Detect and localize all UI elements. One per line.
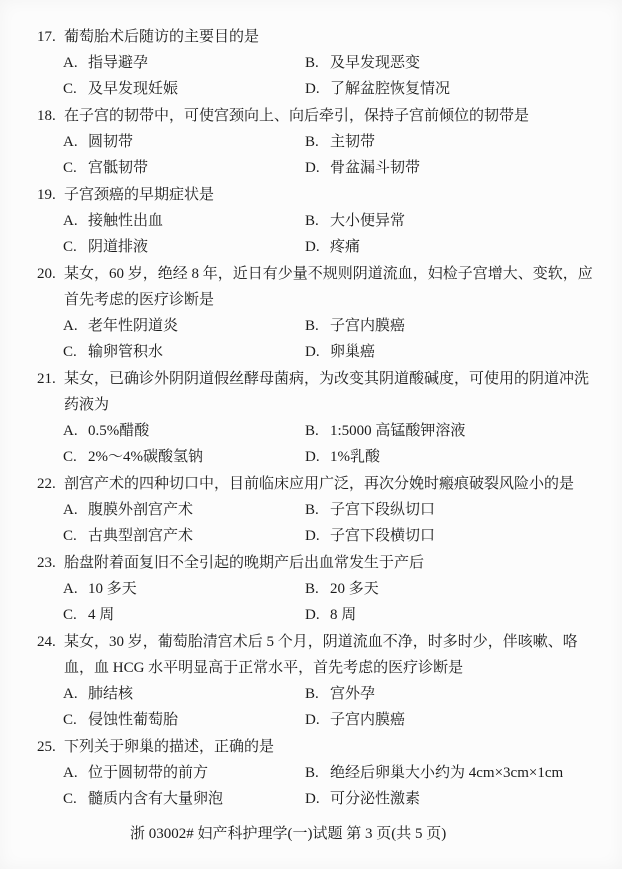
question-number: 19. <box>37 182 64 208</box>
option-text: 子宫下段横切口 <box>330 523 435 549</box>
option-text: 老年性阴道炎 <box>88 313 178 339</box>
option-label: B. <box>305 50 330 76</box>
option: B. 1:5000 高锰酸钾溶液 <box>305 418 595 444</box>
option-text: 腹膜外剖宫产术 <box>88 497 193 523</box>
option: A. 位于圆韧带的前方 <box>63 760 305 786</box>
option-text: 圆韧带 <box>88 129 133 155</box>
option-label: B. <box>305 418 330 444</box>
option-label: A. <box>63 418 88 444</box>
question-text: 子宫颈癌的早期症状是 <box>64 182 595 208</box>
option-label: B. <box>305 760 330 786</box>
options-grid: A. 10 多天 B. 20 多天 C. 4 周 D. 8 周 <box>63 576 595 628</box>
question-text: 胎盘附着面复旧不全引起的晚期产后出血常发生于产后 <box>64 550 595 576</box>
option-text: 主韧带 <box>330 129 375 155</box>
question: 18. 在子宫的韧带中，可使宫颈向上、向后牵引，保持子宫前倾位的韧带是 A. 圆… <box>37 103 595 181</box>
option-label: B. <box>305 576 330 602</box>
option-label: D. <box>305 155 330 181</box>
option-label: D. <box>305 76 330 102</box>
options-grid: A. 腹膜外剖宫产术 B. 子宫下段纵切口 C. 古典型剖宫产术 D. 子宫下段… <box>63 497 595 549</box>
exam-page: 17. 葡萄胎术后随访的主要目的是 A. 指导避孕 B. 及早发现恶变 C. 及… <box>0 0 622 869</box>
question-number: 17. <box>37 24 64 50</box>
question-number: 25. <box>37 734 64 760</box>
option-label: D. <box>305 444 330 470</box>
question: 22. 剖宫产术的四种切口中，目前临床应用广泛，再次分娩时瘢痕破裂风险小的是 A… <box>37 471 595 549</box>
option-label: A. <box>63 681 88 707</box>
option-text: 子宫内膜癌 <box>330 707 405 733</box>
option-label: D. <box>305 602 330 628</box>
option: A. 指导避孕 <box>63 50 305 76</box>
option-text: 骨盆漏斗韧带 <box>330 155 420 181</box>
option: C. 宫骶韧带 <box>63 155 305 181</box>
question: 25. 下列关于卵巢的描述，正确的是 A. 位于圆韧带的前方 B. 绝经后卵巢大… <box>37 734 595 812</box>
question-number: 23. <box>37 550 64 576</box>
option-text: 子宫内膜癌 <box>330 313 405 339</box>
options-grid: A. 指导避孕 B. 及早发现恶变 C. 及早发现妊娠 D. 了解盆腔恢复情况 <box>63 50 595 102</box>
option-label: A. <box>63 576 88 602</box>
option: B. 绝经后卵巢大小约为 4cm×3cm×1cm <box>305 760 595 786</box>
option-text: 髓质内含有大量卵泡 <box>88 786 223 812</box>
option: B. 宫外孕 <box>305 681 595 707</box>
option-label: A. <box>63 50 88 76</box>
option-text: 8 周 <box>330 602 356 628</box>
option: C. 侵蚀性葡萄胎 <box>63 707 305 733</box>
question-head: 25. 下列关于卵巢的描述，正确的是 <box>37 734 595 760</box>
option: A. 圆韧带 <box>63 129 305 155</box>
option-text: 肺结核 <box>88 681 133 707</box>
option-label: A. <box>63 208 88 234</box>
option: A. 腹膜外剖宫产术 <box>63 497 305 523</box>
option-label: C. <box>63 602 88 628</box>
question-number: 20. <box>37 261 64 313</box>
question-number: 18. <box>37 103 64 129</box>
option: D. 疼痛 <box>305 234 595 260</box>
option-label: C. <box>63 786 88 812</box>
options-grid: A. 0.5%醋酸 B. 1:5000 高锰酸钾溶液 C. 2%～4%碳酸氢钠 … <box>63 418 595 470</box>
option: C. 输卵管积水 <box>63 339 305 365</box>
question-head: 17. 葡萄胎术后随访的主要目的是 <box>37 24 595 50</box>
option-text: 子宫下段纵切口 <box>330 497 435 523</box>
option-label: C. <box>63 444 88 470</box>
option-label: C. <box>63 155 88 181</box>
question-head: 21. 某女，已确诊外阴阴道假丝酵母菌病，为改变其阴道酸碱度，可使用的阴道冲洗药… <box>37 366 595 418</box>
option: B. 大小便异常 <box>305 208 595 234</box>
question-number: 22. <box>37 471 64 497</box>
question-head: 23. 胎盘附着面复旧不全引起的晚期产后出血常发生于产后 <box>37 550 595 576</box>
option: D. 骨盆漏斗韧带 <box>305 155 595 181</box>
option: C. 古典型剖宫产术 <box>63 523 305 549</box>
option-label: B. <box>305 313 330 339</box>
option-label: B. <box>305 681 330 707</box>
option-text: 指导避孕 <box>88 50 148 76</box>
question-list: 17. 葡萄胎术后随访的主要目的是 A. 指导避孕 B. 及早发现恶变 C. 及… <box>37 24 595 813</box>
question: 24. 某女，30 岁，葡萄胎清宫术后 5 个月，阴道流血不净，时多时少，伴咳嗽… <box>37 629 595 733</box>
option-label: A. <box>63 129 88 155</box>
option: A. 接触性出血 <box>63 208 305 234</box>
options-grid: A. 老年性阴道炎 B. 子宫内膜癌 C. 输卵管积水 D. 卵巢癌 <box>63 313 595 365</box>
option: C. 2%～4%碳酸氢钠 <box>63 444 305 470</box>
options-grid: A. 肺结核 B. 宫外孕 C. 侵蚀性葡萄胎 D. 子宫内膜癌 <box>63 681 595 733</box>
question-text: 下列关于卵巢的描述，正确的是 <box>64 734 595 760</box>
option-text: 2%～4%碳酸氢钠 <box>88 444 203 470</box>
question-head: 24. 某女，30 岁，葡萄胎清宫术后 5 个月，阴道流血不净，时多时少，伴咳嗽… <box>37 629 595 681</box>
option: A. 老年性阴道炎 <box>63 313 305 339</box>
question-number: 24. <box>37 629 64 681</box>
option-text: 侵蚀性葡萄胎 <box>88 707 178 733</box>
option: C. 髓质内含有大量卵泡 <box>63 786 305 812</box>
option: B. 20 多天 <box>305 576 595 602</box>
question: 23. 胎盘附着面复旧不全引起的晚期产后出血常发生于产后 A. 10 多天 B.… <box>37 550 595 628</box>
question-head: 19. 子宫颈癌的早期症状是 <box>37 182 595 208</box>
option: B. 子宫下段纵切口 <box>305 497 595 523</box>
option-text: 宫骶韧带 <box>88 155 148 181</box>
option-text: 位于圆韧带的前方 <box>88 760 208 786</box>
option-text: 卵巢癌 <box>330 339 375 365</box>
option: D. 子宫内膜癌 <box>305 707 595 733</box>
option-label: A. <box>63 313 88 339</box>
option-text: 4 周 <box>88 602 114 628</box>
option-text: 及早发现妊娠 <box>88 76 178 102</box>
options-grid: A. 圆韧带 B. 主韧带 C. 宫骶韧带 D. 骨盆漏斗韧带 <box>63 129 595 181</box>
option-text: 可分泌性激素 <box>330 786 420 812</box>
option-text: 大小便异常 <box>330 208 405 234</box>
option: A. 0.5%醋酸 <box>63 418 305 444</box>
question: 17. 葡萄胎术后随访的主要目的是 A. 指导避孕 B. 及早发现恶变 C. 及… <box>37 24 595 102</box>
option: D. 8 周 <box>305 602 595 628</box>
question: 21. 某女，已确诊外阴阴道假丝酵母菌病，为改变其阴道酸碱度，可使用的阴道冲洗药… <box>37 366 595 470</box>
option-text: 宫外孕 <box>330 681 375 707</box>
question-text: 某女，已确诊外阴阴道假丝酵母菌病，为改变其阴道酸碱度，可使用的阴道冲洗药液为 <box>64 366 595 418</box>
question-head: 18. 在子宫的韧带中，可使宫颈向上、向后牵引，保持子宫前倾位的韧带是 <box>37 103 595 129</box>
option: B. 子宫内膜癌 <box>305 313 595 339</box>
option-label: C. <box>63 707 88 733</box>
question-text: 某女，30 岁，葡萄胎清宫术后 5 个月，阴道流血不净，时多时少，伴咳嗽、咯血，… <box>64 629 595 681</box>
question-text: 剖宫产术的四种切口中，目前临床应用广泛，再次分娩时瘢痕破裂风险小的是 <box>64 471 595 497</box>
option-label: D. <box>305 707 330 733</box>
option-text: 绝经后卵巢大小约为 4cm×3cm×1cm <box>330 760 563 786</box>
option-label: B. <box>305 129 330 155</box>
option-text: 阴道排液 <box>88 234 148 260</box>
option: C. 4 周 <box>63 602 305 628</box>
option-label: C. <box>63 339 88 365</box>
option: D. 了解盆腔恢复情况 <box>305 76 595 102</box>
option: D. 卵巢癌 <box>305 339 595 365</box>
options-grid: A. 位于圆韧带的前方 B. 绝经后卵巢大小约为 4cm×3cm×1cm C. … <box>63 760 595 812</box>
question-text: 在子宫的韧带中，可使宫颈向上、向后牵引，保持子宫前倾位的韧带是 <box>64 103 595 129</box>
option-text: 1:5000 高锰酸钾溶液 <box>330 418 465 444</box>
option: D. 子宫下段横切口 <box>305 523 595 549</box>
question-head: 20. 某女，60 岁，绝经 8 年，近日有少量不规则阴道流血，妇检子宫增大、变… <box>37 261 595 313</box>
option-label: D. <box>305 339 330 365</box>
option-text: 疼痛 <box>330 234 360 260</box>
option-label: C. <box>63 76 88 102</box>
option-text: 及早发现恶变 <box>330 50 420 76</box>
option-label: A. <box>63 497 88 523</box>
option: A. 肺结核 <box>63 681 305 707</box>
option-label: C. <box>63 523 88 549</box>
option: B. 及早发现恶变 <box>305 50 595 76</box>
option: D. 可分泌性激素 <box>305 786 595 812</box>
option: C. 及早发现妊娠 <box>63 76 305 102</box>
question-number: 21. <box>37 366 64 418</box>
option-label: D. <box>305 523 330 549</box>
option-label: D. <box>305 234 330 260</box>
option-label: A. <box>63 760 88 786</box>
option-text: 20 多天 <box>330 576 379 602</box>
option: A. 10 多天 <box>63 576 305 602</box>
question-head: 22. 剖宫产术的四种切口中，目前临床应用广泛，再次分娩时瘢痕破裂风险小的是 <box>37 471 595 497</box>
option-text: 1%乳酸 <box>330 444 380 470</box>
option-label: B. <box>305 497 330 523</box>
option-label: D. <box>305 786 330 812</box>
option-label: B. <box>305 208 330 234</box>
option-text: 古典型剖宫产术 <box>88 523 193 549</box>
question: 19. 子宫颈癌的早期症状是 A. 接触性出血 B. 大小便异常 C. 阴道排液… <box>37 182 595 260</box>
option-text: 10 多天 <box>88 576 137 602</box>
option: D. 1%乳酸 <box>305 444 595 470</box>
option: B. 主韧带 <box>305 129 595 155</box>
option-text: 输卵管积水 <box>88 339 163 365</box>
option-text: 接触性出血 <box>88 208 163 234</box>
option-text: 了解盆腔恢复情况 <box>330 76 450 102</box>
options-grid: A. 接触性出血 B. 大小便异常 C. 阴道排液 D. 疼痛 <box>63 208 595 260</box>
question-text: 某女，60 岁，绝经 8 年，近日有少量不规则阴道流血，妇检子宫增大、变软，应首… <box>64 261 595 313</box>
option-label: C. <box>63 234 88 260</box>
page-footer: 浙 03002# 妇产科护理学(一)试题 第 3 页(共 5 页) <box>130 821 446 847</box>
question-text: 葡萄胎术后随访的主要目的是 <box>64 24 595 50</box>
option: C. 阴道排液 <box>63 234 305 260</box>
option-text: 0.5%醋酸 <box>88 418 149 444</box>
question: 20. 某女，60 岁，绝经 8 年，近日有少量不规则阴道流血，妇检子宫增大、变… <box>37 261 595 365</box>
